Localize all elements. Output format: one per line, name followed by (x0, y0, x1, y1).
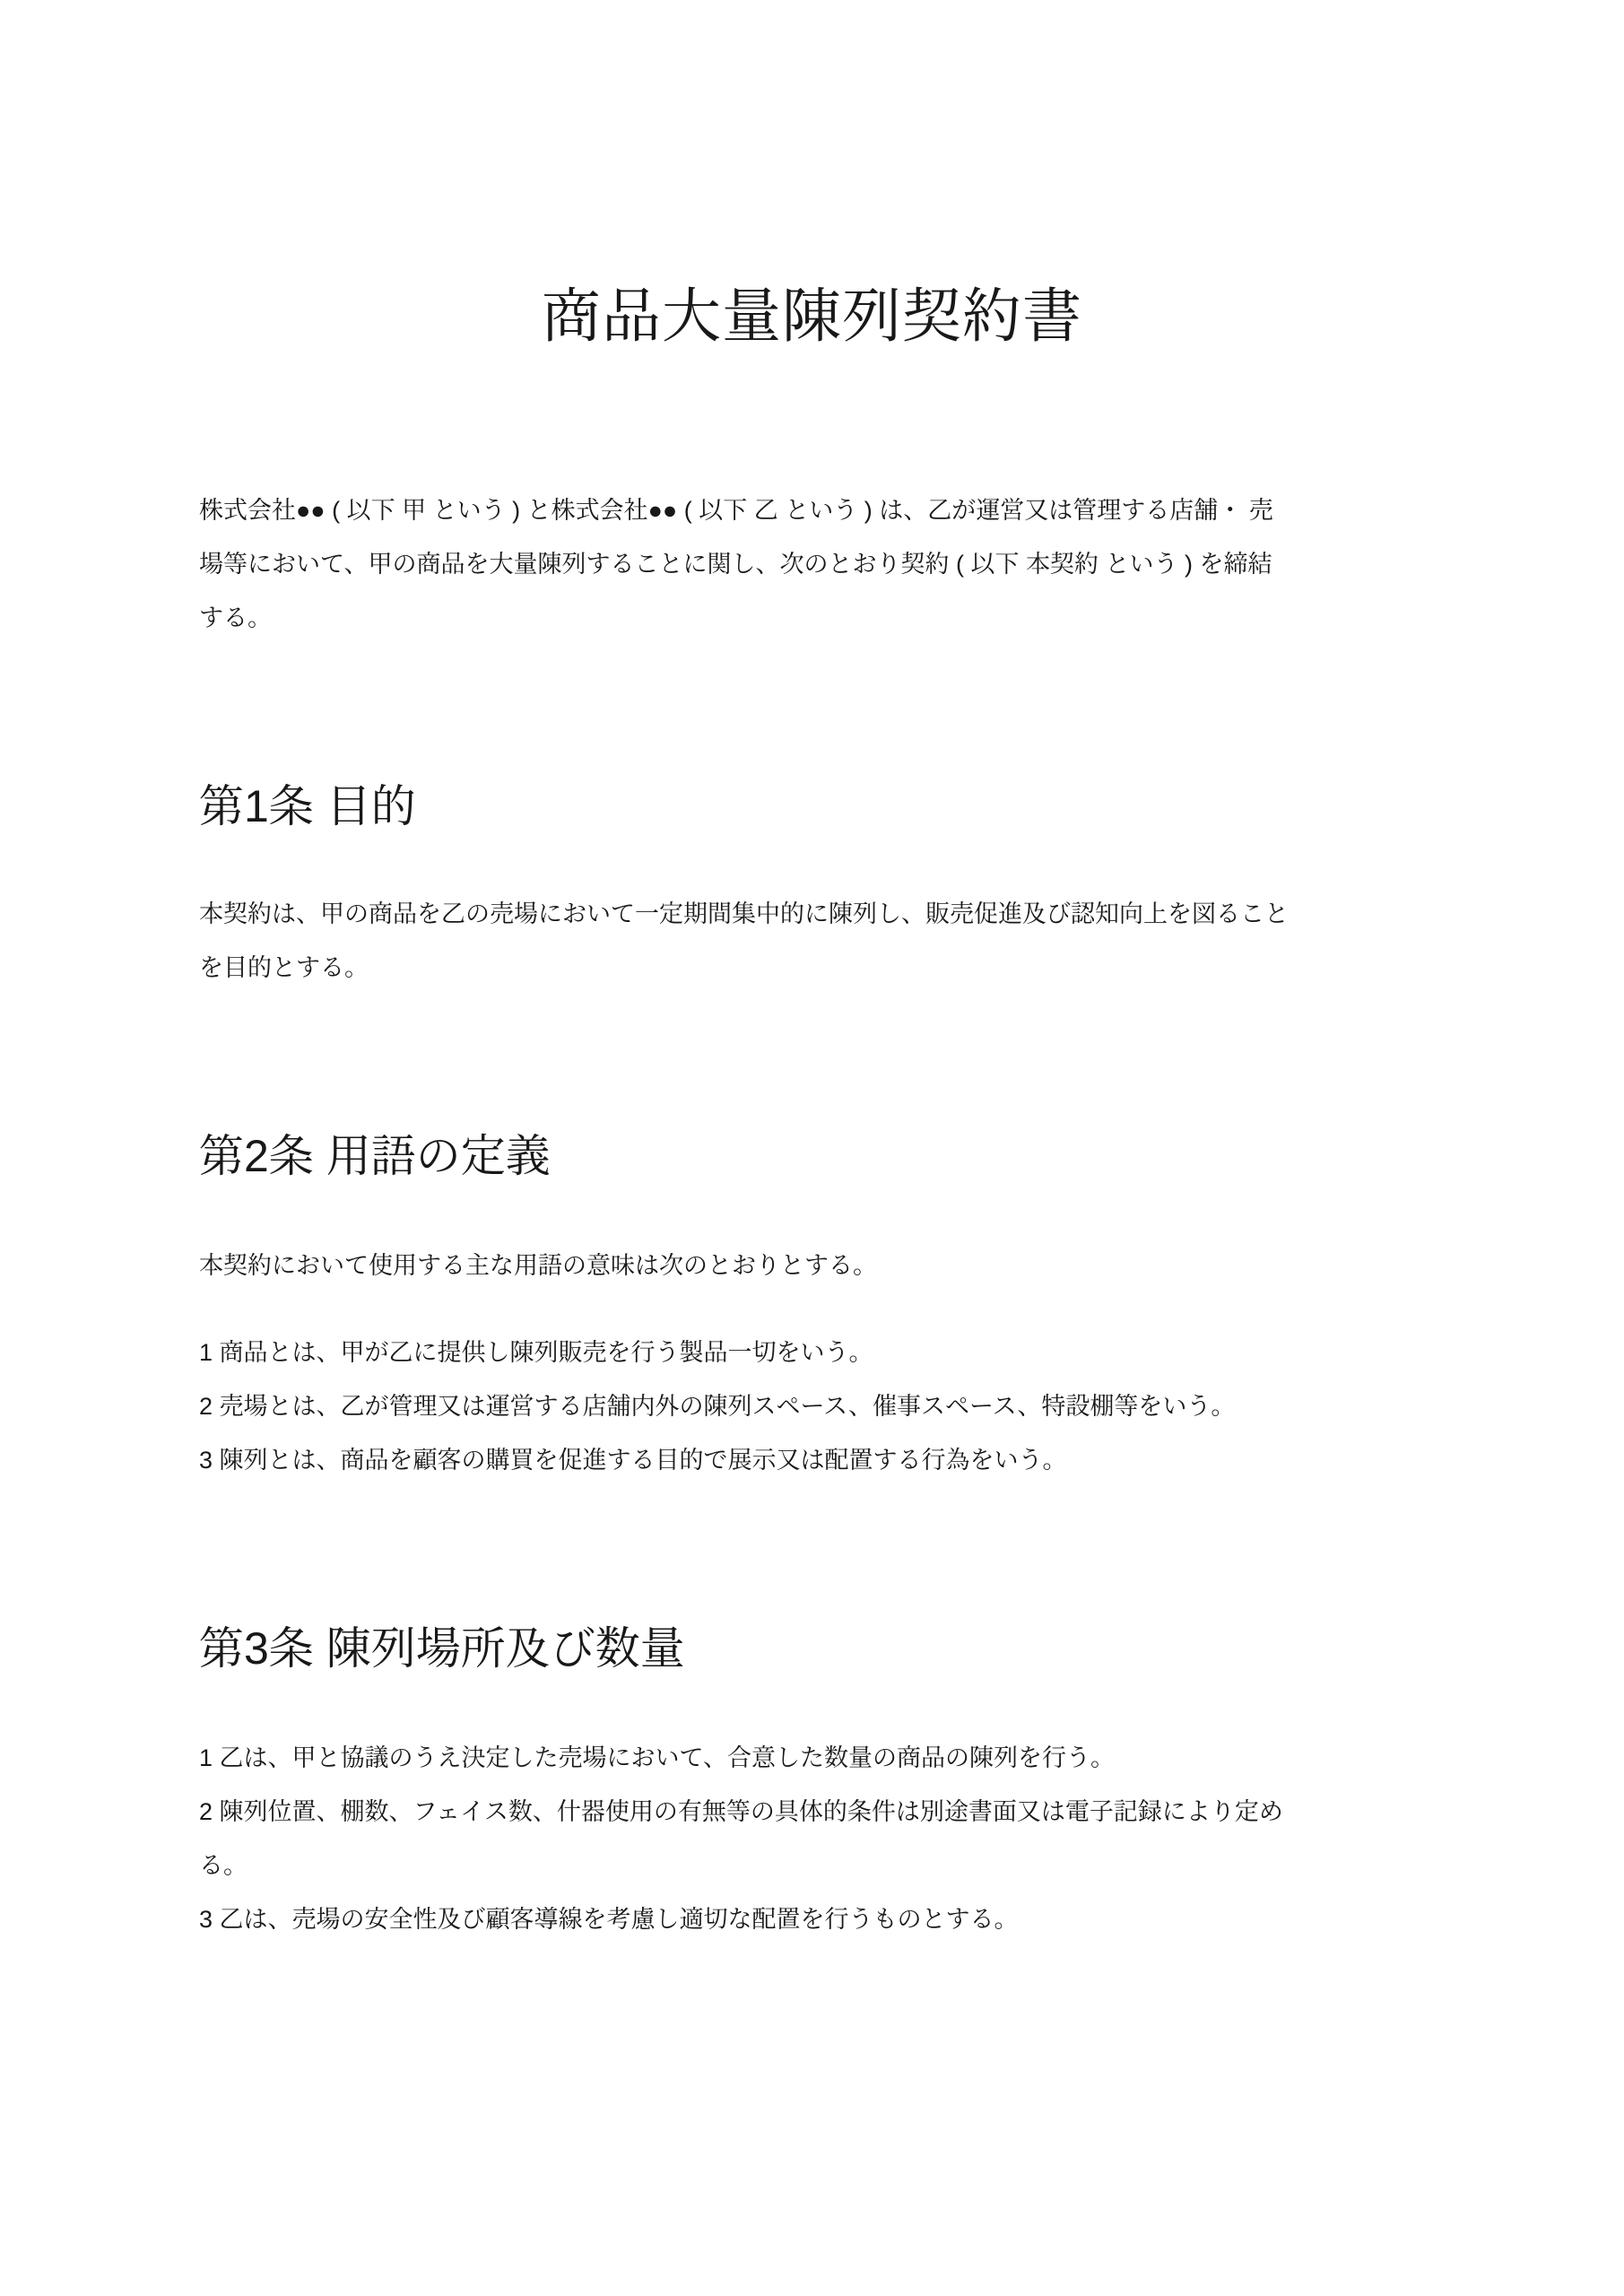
article-2-heading: 第2条 用語の定義 (199, 1129, 1425, 1183)
article-3-clause-3: 3 乙は、売場の安全性及び顧客導線を考慮し適切な配置を行うものとする。 (199, 1892, 1425, 1946)
article-1-body-line-1: 本契約は、甲の商品を乙の売場において一定期間集中的に陳列し、販売促進及び認知向上… (199, 887, 1425, 941)
article-1: 第1条 目的 本契約は、甲の商品を乙の売場において一定期間集中的に陳列し、販売促… (199, 779, 1425, 995)
article-2-lead-line: 本契約において使用する主な用語の意味は次のとおりとする。 (199, 1239, 1425, 1292)
intro-line-1: 株式会社●● ( 以下 甲 という ) と株式会社●● ( 以下 乙 という )… (199, 483, 1425, 537)
article-2-clause-list: 1 商品とは、甲が乙に提供し陳列販売を行う製品一切をいう。 2 売場とは、乙が管… (199, 1326, 1425, 1487)
article-2-lead: 本契約において使用する主な用語の意味は次のとおりとする。 (199, 1239, 1425, 1292)
intro-paragraph: 株式会社●● ( 以下 甲 という ) と株式会社●● ( 以下 乙 という )… (199, 483, 1425, 645)
article-1-body-line-2: を目的とする。 (199, 941, 1425, 995)
article-3-clause-1: 1 乙は、甲と協議のうえ決定した売場において、合意した数量の商品の陳列を行う。 (199, 1731, 1425, 1785)
intro-line-3: する。 (199, 591, 1425, 645)
article-3: 第3条 陳列場所及び数量 1 乙は、甲と協議のうえ決定した売場において、合意した… (199, 1622, 1425, 1946)
article-2-clause-2: 2 売場とは、乙が管理又は運営する店舗内外の陳列スペース、催事スペース、特設棚等… (199, 1379, 1425, 1433)
article-1-body: 本契約は、甲の商品を乙の売場において一定期間集中的に陳列し、販売促進及び認知向上… (199, 887, 1425, 995)
article-1-heading: 第1条 目的 (199, 779, 1425, 833)
article-2: 第2条 用語の定義 本契約において使用する主な用語の意味は次のとおりとする。 1… (199, 1129, 1425, 1487)
article-3-clause-2-line-2: る。 (199, 1839, 1425, 1892)
article-2-clause-1: 1 商品とは、甲が乙に提供し陳列販売を行う製品一切をいう。 (199, 1326, 1425, 1379)
article-3-clause-list: 1 乙は、甲と協議のうえ決定した売場において、合意した数量の商品の陳列を行う。 … (199, 1731, 1425, 1946)
intro-line-2: 場等において、甲の商品を大量陳列することに関し、次のとおり契約 ( 以下 本契約… (199, 537, 1425, 591)
article-3-clause-2-line-1: 2 陳列位置、棚数、フェイス数、什器使用の有無等の具体的条件は別途書面又は電子記… (199, 1785, 1425, 1839)
document-title: 商品大量陳列契約書 (199, 282, 1425, 350)
document-page: 商品大量陳列契約書 株式会社●● ( 以下 甲 という ) と株式会社●● ( … (0, 0, 1624, 2296)
article-3-heading: 第3条 陳列場所及び数量 (199, 1622, 1425, 1675)
article-2-clause-3: 3 陳列とは、商品を顧客の購買を促進する目的で展示又は配置する行為をいう。 (199, 1433, 1425, 1487)
